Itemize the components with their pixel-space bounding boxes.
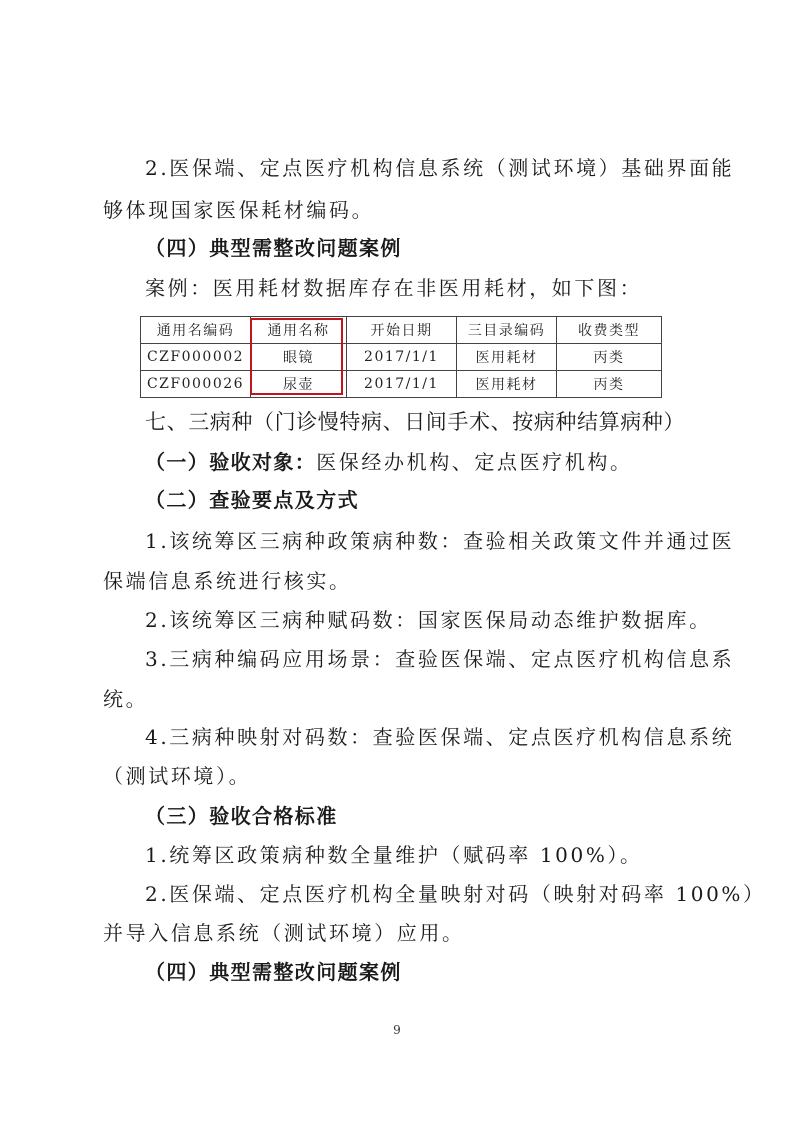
paragraph-line: 统。 bbox=[103, 687, 703, 711]
subheading: （一）验收对象：医保经办机构、定点医疗机构。 bbox=[145, 450, 745, 474]
table-cell: 医用耗材 bbox=[457, 371, 557, 398]
paragraph-line: 并导入信息系统（测试环境）应用。 bbox=[103, 921, 703, 945]
paragraph-line: 2.医保端、定点医疗机构信息系统（测试环境）基础界面能 bbox=[145, 156, 745, 180]
subheading-text: 医保经办机构、定点医疗机构。 bbox=[316, 450, 632, 474]
table-cell: 丙类 bbox=[557, 344, 662, 371]
paragraph-line: 1.该统筹区三病种政策病种数：查验相关政策文件并通过医 bbox=[145, 529, 745, 553]
subheading: （三）验收合格标准 bbox=[145, 804, 745, 828]
table-cell: 2017/1/1 bbox=[347, 371, 457, 398]
paragraph-line: 够体现国家医保耗材编码。 bbox=[103, 198, 703, 222]
table-row: CZF000002 眼镜 2017/1/1 医用耗材 丙类 bbox=[141, 344, 662, 371]
paragraph-line: 4.三病种映射对码数：查验医保端、定点医疗机构信息系统 bbox=[145, 725, 745, 749]
subheading: （二）查验要点及方式 bbox=[145, 488, 745, 512]
table-header-row: 通用名编码 通用名称 开始日期 三目录编码 收费类型 bbox=[141, 317, 662, 344]
table-cell: 医用耗材 bbox=[457, 344, 557, 371]
table-header-cell: 通用名编码 bbox=[141, 317, 251, 344]
subheading: （四）典型需整改问题案例 bbox=[145, 236, 745, 260]
paragraph-line: 保端信息系统进行核实。 bbox=[103, 569, 703, 593]
table-cell: CZF000026 bbox=[141, 371, 251, 398]
paragraph-line: 2.该统筹区三病种赋码数：国家医保局动态维护数据库。 bbox=[145, 608, 745, 632]
paragraph-line: 3.三病种编码应用场景：查验医保端、定点医疗机构信息系 bbox=[145, 647, 745, 671]
table-header-cell: 三目录编码 bbox=[457, 317, 557, 344]
table-header-cell: 收费类型 bbox=[557, 317, 662, 344]
example-table: 通用名编码 通用名称 开始日期 三目录编码 收费类型 CZF000002 眼镜 … bbox=[140, 316, 662, 398]
paragraph-line: 2.医保端、定点医疗机构全量映射对码（映射对码率 100%） bbox=[145, 882, 745, 906]
subheading: （四）典型需整改问题案例 bbox=[145, 960, 745, 984]
table-header-cell: 开始日期 bbox=[347, 317, 457, 344]
subheading-label: （一）验收对象： bbox=[145, 450, 316, 474]
paragraph-line: 案例：医用耗材数据库存在非医用耗材，如下图： bbox=[145, 276, 745, 300]
red-highlight-box bbox=[250, 318, 343, 395]
table-cell: 丙类 bbox=[557, 371, 662, 398]
table-row: CZF000026 尿壶 2017/1/1 医用耗材 丙类 bbox=[141, 371, 662, 398]
paragraph-line: （测试环境）。 bbox=[103, 764, 703, 788]
paragraph-line: 1.统筹区政策病种数全量维护（赋码率 100%）。 bbox=[145, 843, 745, 867]
table-cell: CZF000002 bbox=[141, 344, 251, 371]
table-cell: 2017/1/1 bbox=[347, 344, 457, 371]
section-heading: 七、三病种（门诊慢特病、日间手术、按病种结算病种） bbox=[145, 410, 745, 434]
page-number: 9 bbox=[390, 1023, 404, 1037]
